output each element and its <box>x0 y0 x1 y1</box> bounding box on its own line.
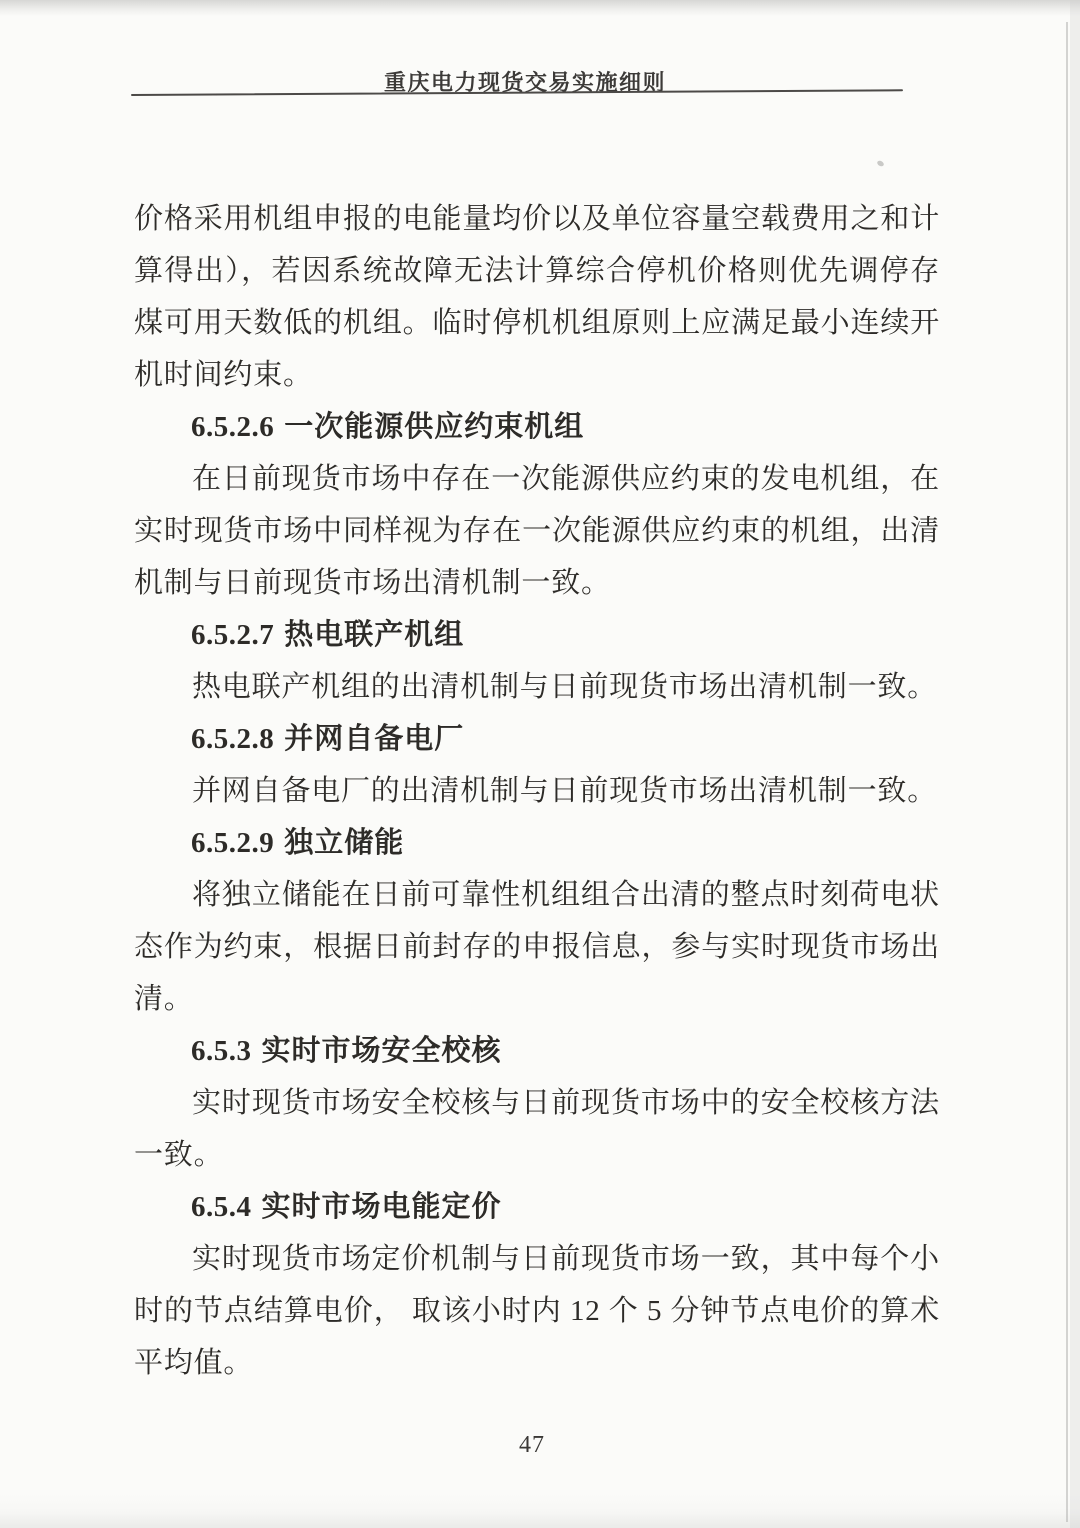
section-heading-number: 6.5.3 <box>191 1035 252 1067</box>
document-body: 价格采用机组申报的电能量均价以及单位容量空载费用之和计算得出），若因系统故障无法… <box>134 193 940 1389</box>
body-paragraph: 价格采用机组申报的电能量均价以及单位容量空载费用之和计算得出），若因系统故障无法… <box>134 193 940 401</box>
body-paragraph: 将独立储能在日前可靠性机组组合出清的整点时刻荷电状态作为约束，根据日前封存的申报… <box>134 869 940 1025</box>
body-paragraph: 实时现货市场定价机制与日前现货市场一致，其中每个小时的节点结算电价， 取该小时内… <box>134 1233 940 1389</box>
scan-right-edge-artifact <box>1070 0 1080 1528</box>
section-heading-number: 6.5.2.7 <box>191 619 274 651</box>
section-heading-text: 独立储能 <box>284 827 404 859</box>
section-heading-text: 实时市场电能定价 <box>262 1191 502 1223</box>
section-heading-number: 6.5.2.9 <box>191 827 274 859</box>
section-heading-text: 并网自备电厂 <box>284 723 464 755</box>
scan-top-edge-artifact <box>0 0 1080 16</box>
section-heading: 6.5.3实时市场安全校核 <box>134 1025 940 1077</box>
section-heading: 6.5.2.6一次能源供应约束机组 <box>134 401 940 453</box>
body-paragraph: 热电联产机组的出清机制与日前现货市场出清机制一致。 <box>134 661 940 713</box>
body-paragraph: 实时现货市场安全校核与日前现货市场中的安全校核方法一致。 <box>134 1077 940 1181</box>
body-paragraph: 并网自备电厂的出清机制与日前现货市场出清机制一致。 <box>134 765 940 817</box>
section-heading-number: 6.5.4 <box>191 1191 252 1223</box>
section-heading: 6.5.2.8并网自备电厂 <box>134 713 940 765</box>
section-heading-text: 一次能源供应约束机组 <box>284 411 584 443</box>
scan-speck-artifact <box>876 160 885 168</box>
section-heading-number: 6.5.2.6 <box>191 411 274 443</box>
body-paragraph: 在日前现货市场中存在一次能源供应约束的发电机组，在实时现货市场中同样视为存在一次… <box>134 453 940 609</box>
section-heading: 6.5.4实时市场电能定价 <box>134 1181 940 1233</box>
scan-bottom-edge-artifact <box>0 1494 1080 1528</box>
section-heading-text: 热电联产机组 <box>284 619 464 651</box>
section-heading-text: 实时市场安全校核 <box>262 1035 502 1067</box>
section-heading: 6.5.2.7热电联产机组 <box>134 609 940 661</box>
section-heading-number: 6.5.2.8 <box>191 723 274 755</box>
scan-fold-line-artifact <box>1066 22 1068 1522</box>
page-number: 47 <box>0 1432 1064 1459</box>
section-heading: 6.5.2.9独立储能 <box>134 817 940 869</box>
